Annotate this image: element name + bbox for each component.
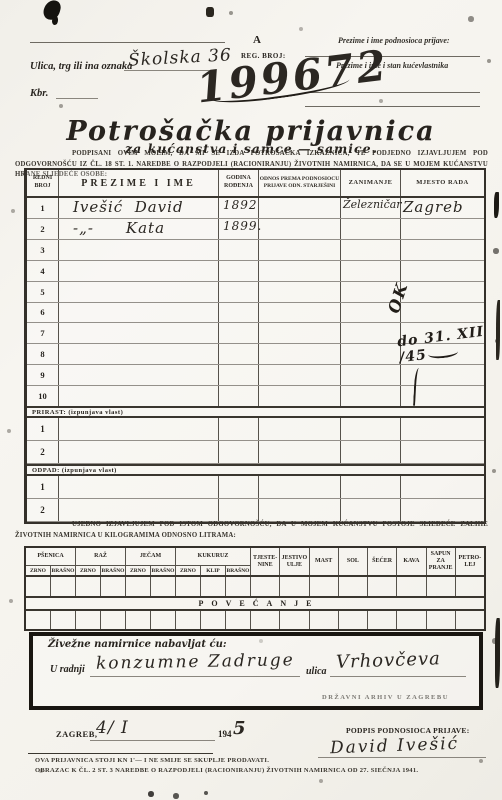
persons-table-header: REDNI BROJ PREZIME I IME GODINA ROĐENJA …: [27, 170, 484, 198]
relation-cell: [259, 198, 341, 218]
supply-cell: [310, 611, 339, 629]
supply-cell: [176, 577, 201, 596]
row-number: 1: [27, 476, 59, 498]
regulation-note: OBRAZAC K ČL. 2 ST. 3 NAREDBE O RAZPODJE…: [35, 767, 418, 774]
supply-cell: [427, 577, 456, 596]
supply-cell: [226, 577, 251, 596]
header-mjesto-rada: MJESTO RADA: [401, 170, 484, 196]
relation-cell: [259, 303, 341, 323]
group-kava: KAVA: [397, 548, 426, 575]
empty-cell: [59, 499, 219, 521]
shop-handwritten-value: konzumne Zadruge: [96, 650, 295, 673]
sub-zrno: ZRNO: [176, 566, 201, 575]
birth-year-cell: [219, 386, 259, 406]
group-psenica: PŠENICA ZRNO BRAŠNO: [26, 548, 76, 575]
supply-cell: [339, 577, 368, 596]
empty-cell: [259, 418, 341, 440]
supplies-header: PŠENICA ZRNO BRAŠNO RAŽ ZRNO BRAŠNO JEČA…: [26, 548, 484, 575]
supplies-table: PŠENICA ZRNO BRAŠNO RAŽ ZRNO BRAŠNO JEČA…: [24, 546, 486, 631]
group-tjestenine: TJESTE- NINE: [251, 548, 280, 575]
name-cell: [59, 323, 219, 343]
supplies-entry-row: [26, 575, 484, 596]
shop-label: U radnji: [50, 664, 85, 675]
supply-cell: [310, 577, 339, 596]
row-number: 9: [27, 365, 59, 385]
birth-year-cell: [219, 323, 259, 343]
row-number: 6: [27, 303, 59, 323]
empty-cell: [259, 499, 341, 521]
sub-brasno: BRAŠNO: [51, 566, 75, 575]
header-redni-broj: REDNI BROJ: [27, 170, 59, 196]
odpad-rows: 1 2: [27, 476, 484, 522]
table-row: 6: [27, 303, 484, 324]
sub-brasno: BRAŠNO: [151, 566, 175, 575]
empty-cell: [401, 499, 484, 521]
table-row: 3: [27, 240, 484, 261]
empty-cell: [401, 476, 484, 498]
birth-year-cell: 1899.: [219, 219, 259, 239]
supply-cell: [26, 611, 51, 629]
supplies-intro-paragraph: UJEDNO IZJAVLJUJEM POD ISTOM ODGOVORNOŠĆ…: [15, 520, 488, 541]
relation-cell: [259, 219, 341, 239]
ruled-line: [30, 42, 225, 43]
supply-cell: [397, 611, 426, 629]
supply-cell: [101, 611, 126, 629]
supply-cell: [201, 611, 226, 629]
name-cell: [59, 240, 219, 260]
city-label: ZAGREB,: [56, 729, 98, 739]
name-cell: -„- Kata: [59, 219, 219, 239]
empty-cell: [219, 499, 259, 521]
group-petrolej: PETRO- LEJ: [456, 548, 484, 575]
occupation-cell: Železničar: [341, 198, 401, 218]
name-cell: [59, 261, 219, 281]
odpad-row: 1: [27, 476, 484, 499]
prirast-band: PRIRAST: (izpunjava vlast): [27, 406, 484, 418]
purchase-heading: Živežne namirnice nabavljat ću:: [48, 639, 227, 650]
ruled-line: [90, 740, 215, 741]
empty-cell: [341, 499, 401, 521]
group-jestivo-ulje: JESTIVO ULJE: [280, 548, 309, 575]
kbr-label: Kbr.: [30, 88, 48, 99]
relation-cell: [259, 323, 341, 343]
birth-year-cell: [219, 261, 259, 281]
row-number: 3: [27, 240, 59, 260]
relation-cell: [259, 386, 341, 406]
row-number: 2: [27, 499, 59, 521]
ruled-line: [305, 106, 480, 107]
name-cell: [59, 282, 219, 302]
birth-year-cell: 1892: [219, 198, 259, 218]
relation-cell: [259, 344, 341, 364]
relation-cell: [259, 261, 341, 281]
date-handwritten: 4/ I: [96, 718, 129, 738]
empty-cell: [59, 441, 219, 463]
empty-cell: [59, 418, 219, 440]
header-prezime-ime: PREZIME I IME: [59, 170, 219, 196]
birth-year-cell: [219, 303, 259, 323]
supply-cell: [280, 577, 309, 596]
row-number: 2: [27, 441, 59, 463]
workplace-cell: [401, 303, 484, 323]
workplace-cell: [401, 219, 484, 239]
empty-cell: [341, 476, 401, 498]
ruled-line: [56, 98, 98, 99]
relation-cell: [259, 365, 341, 385]
name-cell: [59, 365, 219, 385]
supply-cell: [76, 611, 101, 629]
group-secer: ŠEĆER: [368, 548, 397, 575]
empty-cell: [341, 418, 401, 440]
ruled-line: [28, 753, 213, 754]
empty-cell: [401, 418, 484, 440]
row-number: 7: [27, 323, 59, 343]
occupation-cell: [341, 344, 401, 364]
empty-cell: [401, 441, 484, 463]
purchase-street-handwritten: Vrhovčeva: [336, 648, 442, 673]
torn-edge-mark: [495, 618, 500, 688]
sub-brasno: BRAŠNO: [226, 566, 250, 575]
supply-cell: [427, 611, 456, 629]
scan-speckles: [0, 0, 2, 2]
group-kukuruz: KUKURUZ ZRNO KLIP BRAŠNO: [176, 548, 251, 575]
sub-zrno: ZRNO: [126, 566, 151, 575]
supply-cell: [280, 611, 309, 629]
year-printed: 194: [218, 729, 232, 739]
prirast-row: 1: [27, 418, 484, 441]
supply-cell: [51, 611, 76, 629]
year-handwritten: 5: [233, 718, 247, 739]
group-jecam: JEČAM ZRNO BRAŠNO: [126, 548, 176, 575]
section-letter: A: [253, 34, 261, 46]
empty-cell: [219, 441, 259, 463]
row-number: 5: [27, 282, 59, 302]
sub-brasno: BRAŠNO: [101, 566, 125, 575]
supply-cell: [126, 577, 151, 596]
supply-cell: [151, 577, 176, 596]
supply-cell: [251, 611, 280, 629]
occupation-cell: [341, 261, 401, 281]
signature-handwritten: David Ivešić: [330, 734, 460, 758]
supply-cell: [251, 577, 280, 596]
occupation-cell: [341, 386, 401, 406]
relation-cell: [259, 240, 341, 260]
ink-mark: [206, 7, 214, 17]
occupation-cell: [341, 240, 401, 260]
sub-zrno: ZRNO: [26, 566, 51, 575]
sub-klip: KLIP: [201, 566, 226, 575]
occupation-cell: [341, 365, 401, 385]
table-row: 2 -„- Kata 1899.: [27, 219, 484, 240]
supply-cell: [151, 611, 176, 629]
table-row: 1 Ivešić David 1892 Železničar Zagreb: [27, 198, 484, 219]
prirast-row: 2: [27, 441, 484, 464]
name-cell: Ivešić David: [59, 198, 219, 218]
row-number: 10: [27, 386, 59, 406]
empty-cell: [259, 476, 341, 498]
supply-cell: [76, 577, 101, 596]
ink-blot-drip: [52, 16, 58, 25]
supply-cell: [101, 577, 126, 596]
archive-stamp: DRŽAVNI ARHIV U ZAGREBU: [322, 694, 449, 701]
supply-cell: [51, 577, 76, 596]
birth-year-cell: [219, 282, 259, 302]
workplace-cell: [401, 282, 484, 302]
birth-year-cell: [219, 344, 259, 364]
supply-cell: [126, 611, 151, 629]
header-zanimanje: ZANIMANJE: [341, 170, 401, 196]
street-label: Ulica, trg ili ina oznaka: [30, 61, 132, 72]
row-number: 1: [27, 418, 59, 440]
birth-year-cell: [219, 240, 259, 260]
torn-edge-mark: [494, 192, 499, 218]
workplace-cell: [401, 240, 484, 260]
table-row: 4: [27, 261, 484, 282]
ruled-line: [318, 757, 486, 758]
empty-cell: [219, 418, 259, 440]
name-cell: [59, 344, 219, 364]
header-odnos: ODNOS PREMA PODNOSIOCU PRIJAVE ODN. STAR…: [259, 170, 341, 196]
occupation-cell: [341, 323, 401, 343]
ruled-line: [90, 676, 300, 677]
price-note: OVA PRIJAVNICA STOJI KN 1'— I NE SMIJE S…: [35, 757, 269, 764]
empty-cell: [341, 441, 401, 463]
group-sapun: SAPUN ZA PRANJE: [427, 548, 456, 575]
ruled-line: [330, 676, 466, 677]
table-row: 5: [27, 282, 484, 303]
header-godina: GODINA ROĐENJA: [219, 170, 259, 196]
group-mast: MAST: [310, 548, 339, 575]
supply-cell: [26, 577, 51, 596]
supplies-entry-row-2: [26, 609, 484, 629]
relation-cell: [259, 282, 341, 302]
supply-cell: [456, 577, 484, 596]
scanned-form-page: A Prezime i ime podnosioca prijave: REG.…: [0, 0, 502, 800]
sub-zrno: ZRNO: [76, 566, 101, 575]
supply-cell: [397, 577, 426, 596]
workplace-cell: Zagreb: [401, 198, 484, 218]
workplace-cell: [401, 261, 484, 281]
name-cell: [59, 386, 219, 406]
group-sol: SOL: [339, 548, 368, 575]
row-number: 1: [27, 198, 59, 218]
supply-cell: [368, 577, 397, 596]
odpad-row: 2: [27, 499, 484, 522]
prirast-rows: 1 2: [27, 418, 484, 464]
row-number: 8: [27, 344, 59, 364]
row-number: 4: [27, 261, 59, 281]
group-raz: RAŽ ZRNO BRAŠNO: [76, 548, 126, 575]
empty-cell: [259, 441, 341, 463]
row-number: 2: [27, 219, 59, 239]
supply-cell: [201, 577, 226, 596]
birth-year-cell: [219, 365, 259, 385]
povecanje-band: POVEĆANJE: [26, 596, 484, 609]
supply-cell: [226, 611, 251, 629]
occupation-cell: [341, 219, 401, 239]
supply-cell: [176, 611, 201, 629]
purchase-street-label: ulica: [306, 666, 327, 677]
empty-cell: [59, 476, 219, 498]
name-cell: [59, 303, 219, 323]
supply-cell: [368, 611, 397, 629]
supply-cell: [456, 611, 484, 629]
empty-cell: [219, 476, 259, 498]
supply-cell: [339, 611, 368, 629]
odpad-band: ODPAD: (izpunjava vlast): [27, 464, 484, 476]
